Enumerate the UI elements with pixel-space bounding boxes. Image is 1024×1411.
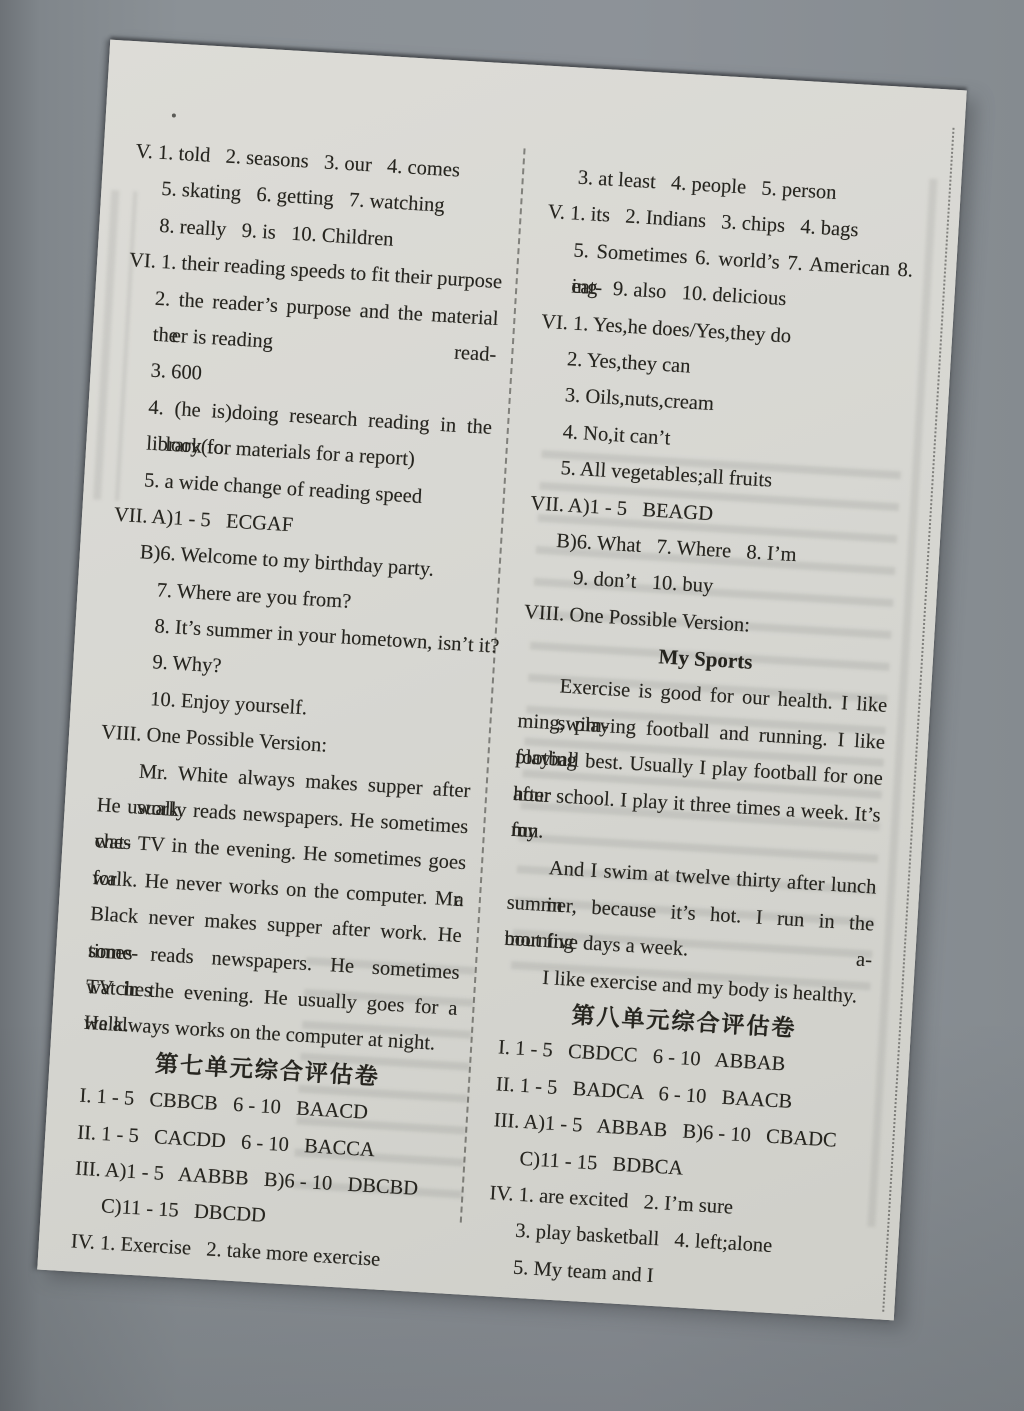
ink-speck (172, 113, 176, 117)
paper-sheet: V. 1. told 2. seasons 3. our 4. comes5. … (37, 40, 967, 1321)
left-answer-column: V. 1. told 2. seasons 3. our 4. comes5. … (70, 133, 508, 1281)
scan-background: { "colors": { "background": "#878d92", "… (0, 0, 1024, 1411)
right-answer-column: 3. at least 4. people 5. personV. 1. its… (484, 158, 918, 1306)
